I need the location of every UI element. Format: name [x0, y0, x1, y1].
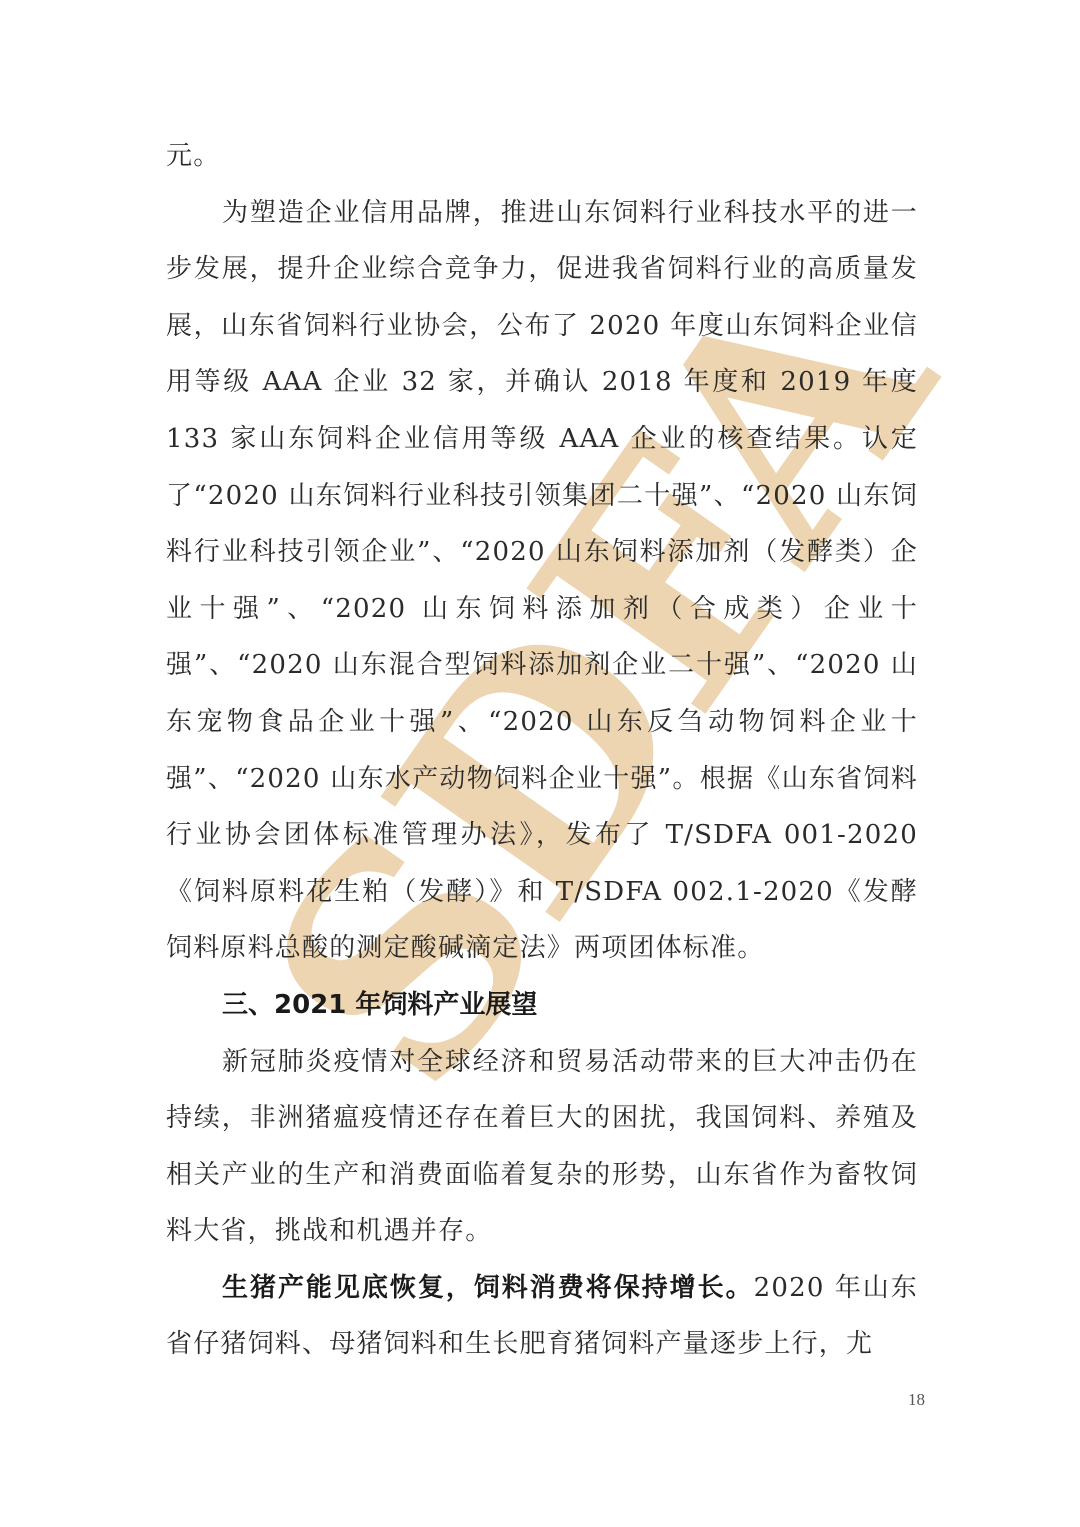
section-heading: 三、2021 年饲料产业展望	[166, 977, 918, 1034]
page-number: 18	[895, 1390, 925, 1410]
paragraph-outlook-intro: 新冠肺炎疫情对全球经济和贸易活动带来的巨大冲击仍在持续，非洲猪瘟疫情还存在着巨大…	[166, 1034, 918, 1260]
paragraph-continuation: 元。	[166, 128, 918, 185]
paragraph-credit-rating: 为塑造企业信用品牌，推进山东饲料行业科技水平的进一步发展，提升企业综合竞争力，促…	[166, 185, 918, 977]
paragraph-lead-sentence: 生猪产能见底恢复，饲料消费将保持增长。	[222, 1273, 754, 1303]
paragraph-pig-feed: 生猪产能见底恢复，饲料消费将保持增长。2020 年山东省仔猪饲料、母猪饲料和生长…	[166, 1260, 918, 1373]
document-page: SDFA 元。 为塑造企业信用品牌，推进山东饲料行业科技水平的进一步发展，提升企…	[0, 0, 1080, 1527]
page-content: 元。 为塑造企业信用品牌，推进山东饲料行业科技水平的进一步发展，提升企业综合竞争…	[166, 128, 918, 1373]
